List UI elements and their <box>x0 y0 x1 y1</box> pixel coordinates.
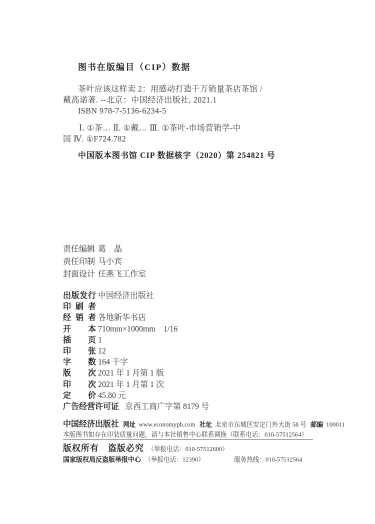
website-label: 网址 <box>123 421 136 428</box>
pub-value: 2021 年 1 月第 1 次 <box>98 379 164 390</box>
staff-label: 封面设计 <box>63 268 96 281</box>
anti-piracy-tel: （举报电话：12390） <box>145 456 205 463</box>
pub-value: 1 <box>98 335 102 346</box>
cip-block: 图书在版编目（CIP）数据 茶叶应该这样卖 2：用感动打造千万销量茶店茶馆 / … <box>63 62 323 162</box>
pub-label: 广告经营许可证 <box>63 402 119 413</box>
pub-label: 定价 <box>63 390 96 401</box>
pub-label: 开本 <box>63 324 96 335</box>
pub-row-inserts: 插页 1 <box>63 335 303 346</box>
staff-value: 葛 晶 <box>98 243 122 256</box>
zip-value: 100011 <box>326 421 345 428</box>
pub-value: 京西工商广字第 8179 号 <box>125 402 209 413</box>
staff-label: 责任编辑 <box>63 243 96 256</box>
pub-row-printer: 印刷者 <box>63 302 303 313</box>
pub-row-price: 定价 45.80 元 <box>63 390 303 401</box>
pub-row-format: 开本 710mm×1000mm 1/16 <box>63 324 303 335</box>
cip-title-line-1: 茶叶应该这样卖 2：用感动打造千万销量茶店茶馆 / <box>63 84 323 95</box>
pub-value: 710mm×1000mm 1/16 <box>98 324 178 335</box>
anti-piracy-center: 国家版权局反盗版举报中心 <box>63 456 141 464</box>
service-hotline: 服务热线：010-57512564 <box>234 456 302 463</box>
staff-label: 责任印制 <box>63 256 96 269</box>
website-url: www.economyph.com <box>139 421 196 428</box>
pub-label: 版次 <box>63 368 96 379</box>
pub-row-edition: 版次 2021 年 1 月第 1 版 <box>63 368 303 379</box>
cip-classification-line-1: Ⅰ. ①茶… Ⅱ. ①戴… Ⅲ. ①茶叶-市场营销学-中 <box>63 123 323 134</box>
publication-block: 出版发行 中国经济出版社 印刷者 经销者 各地新华书店 开本 710mm×100… <box>63 291 303 413</box>
publisher-name: 中国经济出版社 <box>63 420 119 429</box>
footer-contact: 中国经济出版社 网址 www.economyph.com 社址 北京市东城区安定… <box>63 420 313 440</box>
book-copyright-page: 图书在版编目（CIP）数据 茶叶应该这样卖 2：用感动打造千万销量茶店茶馆 / … <box>0 0 375 524</box>
copyright-report-tel: （举报电话：010-57512600） <box>148 446 229 453</box>
pub-label: 经销者 <box>63 313 96 324</box>
pub-label: 出版发行 <box>63 291 96 302</box>
copyright-notice-line: 版权所有 盗版必究 （举报电话：010-57512600） <box>63 444 313 455</box>
pub-value: 164 千字 <box>98 357 128 368</box>
staff-block: 责任编辑 葛 晶 责任印制 马小宾 封面设计 任燕飞工作室 <box>63 243 263 281</box>
cip-registration-number: 中国版本图书馆 CIP 数据核字（2020）第 254821 号 <box>63 151 323 162</box>
staff-value: 马小宾 <box>98 256 122 269</box>
cip-classification-line-2: 国 Ⅳ. ①F724.782 <box>63 134 323 145</box>
pub-row-publisher: 出版发行 中国经济出版社 <box>63 291 303 302</box>
pub-label: 字数 <box>63 357 96 368</box>
address-label: 社址 <box>199 421 212 428</box>
anti-piracy-line: 国家版权局反盗版举报中心 （举报电话：12390） 服务热线：010-57512… <box>63 454 313 465</box>
cip-title-line-2: 戴高诺著. --北京：中国经济出版社, 2021.1 <box>63 95 323 106</box>
pub-value: 各地新华书店 <box>98 313 146 324</box>
pub-row-word-count: 字数 164 千字 <box>63 357 303 368</box>
pub-row-sheets: 印张 12 <box>63 346 303 357</box>
staff-row-editor: 责任编辑 葛 晶 <box>63 243 263 256</box>
cip-header: 图书在版编目（CIP）数据 <box>63 62 323 73</box>
zip-label: 邮编 <box>310 421 323 428</box>
pub-value: 2021 年 1 月第 1 版 <box>98 368 164 379</box>
page: 图书在版编目（CIP）数据 茶叶应该这样卖 2：用感动打造千万销量茶店茶馆 / … <box>0 0 375 524</box>
publisher-contact-line: 中国经济出版社 网址 www.economyph.com 社址 北京市东城区安定… <box>63 420 313 430</box>
pub-row-distributor: 经销者 各地新华书店 <box>63 313 303 324</box>
staff-row-cover-design: 封面设计 任燕飞工作室 <box>63 268 263 281</box>
quality-note: 本版图书如存在印装质量问题，请与本社销售中心联系调换（联系电话：010-5751… <box>63 430 313 440</box>
footer-copyright: 版权所有 盗版必究 （举报电话：010-57512600） 国家版权局反盗版举报… <box>63 444 313 466</box>
pub-label: 插页 <box>63 335 96 346</box>
address-value: 北京市东城区安定门外大街 58 号 <box>215 421 306 428</box>
staff-value: 任燕飞工作室 <box>98 268 146 281</box>
pub-label: 印次 <box>63 379 96 390</box>
cip-isbn: ISBN 978-7-5136-6234-5 <box>63 106 323 117</box>
pub-label: 印张 <box>63 346 96 357</box>
pub-label: 印刷者 <box>63 302 96 313</box>
pub-value: 45.80 元 <box>98 390 126 401</box>
pub-value: 12 <box>98 346 106 357</box>
pub-row-impression: 印次 2021 年 1 月第 1 次 <box>63 379 303 390</box>
staff-row-print-supervisor: 责任印制 马小宾 <box>63 256 263 269</box>
pub-row-ad-license: 广告经营许可证 京西工商广字第 8179 号 <box>63 402 303 413</box>
pub-value: 中国经济出版社 <box>98 291 154 302</box>
divider-rule <box>63 439 313 440</box>
copyright-notice: 版权所有 盗版必究 <box>63 444 144 454</box>
